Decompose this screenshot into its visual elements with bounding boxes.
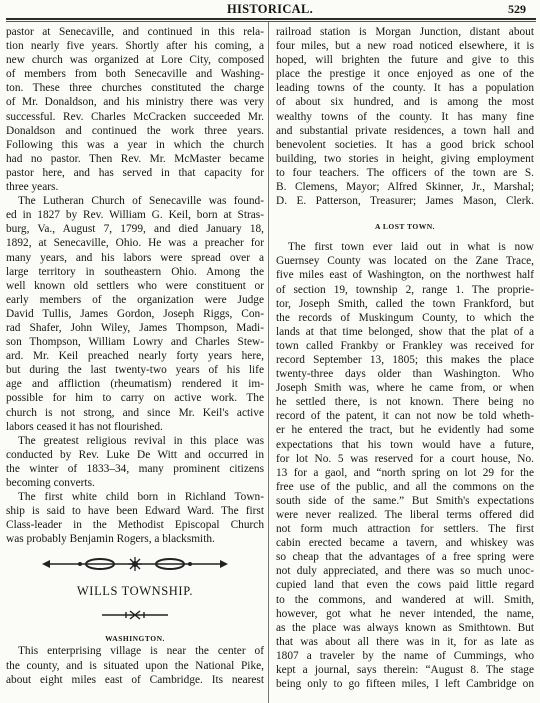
text-line: Donaldson and continued the work three y…	[6, 124, 264, 138]
header-rule	[6, 18, 536, 20]
text-line: The Lutheran Church of Senecaville was f…	[6, 194, 264, 208]
text-line: was probably Benjamin Rogers, a blacksmi…	[6, 532, 264, 546]
text-line: B. Clemens, Mayor; Alfred Skinner, Jr., …	[276, 180, 534, 194]
text-line: record September 13, 1805; this makes th…	[276, 353, 534, 367]
text-line: being only to go fifteen miles, I left C…	[276, 677, 534, 691]
text-line: the winter of 1833–34, many prominent ci…	[6, 462, 264, 476]
left-column: pastor at Senecaville, and continued in …	[6, 25, 264, 687]
text-line: The first town ever laid out in what is …	[276, 240, 534, 254]
text-line: becoming converts.	[6, 476, 264, 490]
text-line: pastor here, and has served in that capa…	[6, 166, 264, 180]
text-line: not form much attraction for settlers. T…	[276, 522, 534, 536]
text-line: This enterprising village is near the ce…	[6, 644, 264, 658]
text-line: many years, and his labors were spread o…	[6, 251, 264, 265]
text-line: church is not strong, and since Mr. Keil…	[6, 406, 264, 420]
text-line: early members of the organization were J…	[6, 293, 264, 307]
text-line: labors ceased it has not flourished.	[6, 420, 264, 434]
text-line: railroad station is Morgan Junction, dis…	[276, 25, 534, 39]
text-line: cabin erected became a tavern, and whisk…	[276, 536, 534, 550]
text-line: David Tullis, James Gordon, Joseph Riggs…	[6, 307, 264, 321]
subheading-washington: WASHINGTON.	[6, 632, 264, 644]
left-column-text: pastor at Senecaville, and continued in …	[6, 25, 264, 546]
text-line: The greatest religious revival in this p…	[6, 434, 264, 448]
text-line: large territory in southeastern Ohio. Am…	[6, 265, 264, 279]
text-line: Class-leader in the Methodist Episcopal …	[6, 518, 264, 532]
text-line: about eight miles east of Cambridge. Its…	[6, 673, 264, 687]
page-header: HISTORICAL. 529	[0, 0, 540, 16]
text-line: leading towns of the county. It has a po…	[276, 81, 534, 95]
text-line: Following this was a year in which the c…	[6, 138, 264, 152]
text-line: to the commons, and wandered at will. Sm…	[276, 593, 534, 607]
text-line: as the place was always known as Smithto…	[276, 621, 534, 635]
text-line: three years.	[6, 180, 264, 194]
text-line: age and affliction (rheumatism) rendered…	[6, 377, 264, 391]
text-line: possible for him to carry on active work…	[6, 391, 264, 405]
right-column: railroad station is Morgan Junction, dis…	[276, 25, 534, 691]
text-line: of section 19, township 2, range 1. The …	[276, 283, 534, 297]
text-line: twenty-three days older than Washington.…	[276, 367, 534, 381]
text-line: Joseph Smith was, where he came from, or…	[276, 381, 534, 395]
text-line: ship is said to have been Edward Ward. T…	[6, 504, 264, 518]
text-line: for lot No. 5 was reserved for a court h…	[276, 452, 534, 466]
text-line: that was about all there was in it, for …	[276, 635, 534, 649]
text-line: wealthy towns of the county. It has many…	[276, 110, 534, 124]
text-line: place the prestige it once enjoyed as on…	[276, 67, 534, 81]
text-line: 1807 a traveler by the name of Cummings,…	[276, 649, 534, 663]
text-line: of members from both Senecaville and Was…	[6, 67, 264, 81]
text-line: he settled there, is not known. There be…	[276, 395, 534, 409]
text-line: son Thompson, William Lowry and Charles …	[6, 335, 264, 349]
column-divider	[268, 22, 269, 703]
text-line: the records of Muskingum County, to whic…	[276, 311, 534, 325]
text-line: kept a journal, says therein: “August 8.…	[276, 663, 534, 677]
text-line: and substantial private residences, a to…	[276, 124, 534, 138]
text-line: new church was organized at Lore City, c…	[6, 53, 264, 67]
right-column-text: railroad station is Morgan Junction, dis…	[276, 25, 534, 208]
text-line: town called Frankby or Frankley was rece…	[276, 339, 534, 353]
text-line: free use of the public, and all the comm…	[276, 480, 534, 494]
text-line: so cheap that the advantages of a free s…	[276, 550, 534, 564]
text-line: benevolent societies. It has a good bric…	[276, 138, 534, 152]
text-line: had no pastor. Then Rev. Mr. McMaster be…	[6, 152, 264, 166]
text-line: however, got what he never intended, the…	[276, 607, 534, 621]
text-line: well known old settlers who were constit…	[6, 279, 264, 293]
text-line: hoped, will brighten the future and give…	[276, 53, 534, 67]
text-line: D. E. Patterson, Treasurer; James Mason,…	[276, 194, 534, 208]
text-line: five miles east of Washington, on the no…	[276, 268, 534, 282]
text-line: 1892, at Senecaville, Ohio. He was a pre…	[6, 236, 264, 250]
text-line: but during the last twenty-two years of …	[6, 363, 264, 377]
running-head: HISTORICAL.	[0, 2, 540, 17]
text-line: ard. Mr. Keil preached nearly forty year…	[6, 349, 264, 363]
text-line: cupied land that even the cows paid litt…	[276, 578, 534, 592]
text-line: burg, Va., August 7, 1799, and died Janu…	[6, 222, 264, 236]
text-line: ed in 1827 by Rev. William G. Keil, born…	[6, 208, 264, 222]
text-line: were never realized. The liberal terms o…	[276, 508, 534, 522]
left-column-text-after: This enterprising village is near the ce…	[6, 644, 264, 686]
text-line: building, two stories in height, giving …	[276, 152, 534, 166]
text-line: to four teachers. The officers of the to…	[276, 166, 534, 180]
text-line: tor, Joseph Smith, called the town Frank…	[276, 297, 534, 311]
text-line: expectations that his town would have a …	[276, 438, 534, 452]
text-line: pastor at Senecaville, and continued in …	[6, 25, 264, 39]
text-line: Guernsey County was located on the Zane …	[276, 254, 534, 268]
text-line: south side of the same.” But Smith's exp…	[276, 494, 534, 508]
text-line: tion nearly five years. Shortly after hi…	[6, 39, 264, 53]
text-line: conducted by Rev. Luke De Witt and occur…	[6, 448, 264, 462]
page-number: 529	[508, 2, 526, 17]
text-line: four miles, but a new road noticed elsew…	[276, 39, 534, 53]
right-column-text-after: The first town ever laid out in what is …	[276, 240, 534, 691]
text-line: of about six hundred, and is among the m…	[276, 95, 534, 109]
decorative-scroll-ornament-icon	[6, 552, 264, 576]
text-line: er he entered the tract, but he evidentl…	[276, 423, 534, 437]
text-line: The first white child born in Richland T…	[6, 490, 264, 504]
text-line: the county, and is situated upon the Nat…	[6, 659, 264, 673]
text-line: lands at that time belonged, show that t…	[276, 325, 534, 339]
small-ornament-icon	[6, 610, 264, 622]
text-line: ton. These three churches constituted th…	[6, 81, 264, 95]
text-line: of Mr. Donaldson, and his ministry there…	[6, 95, 264, 109]
subheading-lost-town: A LOST TOWN.	[276, 220, 534, 232]
section-title: WILLS TOWNSHIP.	[6, 584, 264, 600]
text-line: successful. Rev. Charles McCracken succe…	[6, 110, 264, 124]
text-line: not duly appreciated, and there was so m…	[276, 564, 534, 578]
text-line: rad Shafer, John Wiley, James Thompson, …	[6, 321, 264, 335]
text-line: record of the patent, it can not now be …	[276, 409, 534, 423]
text-line: 13 for a gaol, and “north spring on lot …	[276, 466, 534, 480]
